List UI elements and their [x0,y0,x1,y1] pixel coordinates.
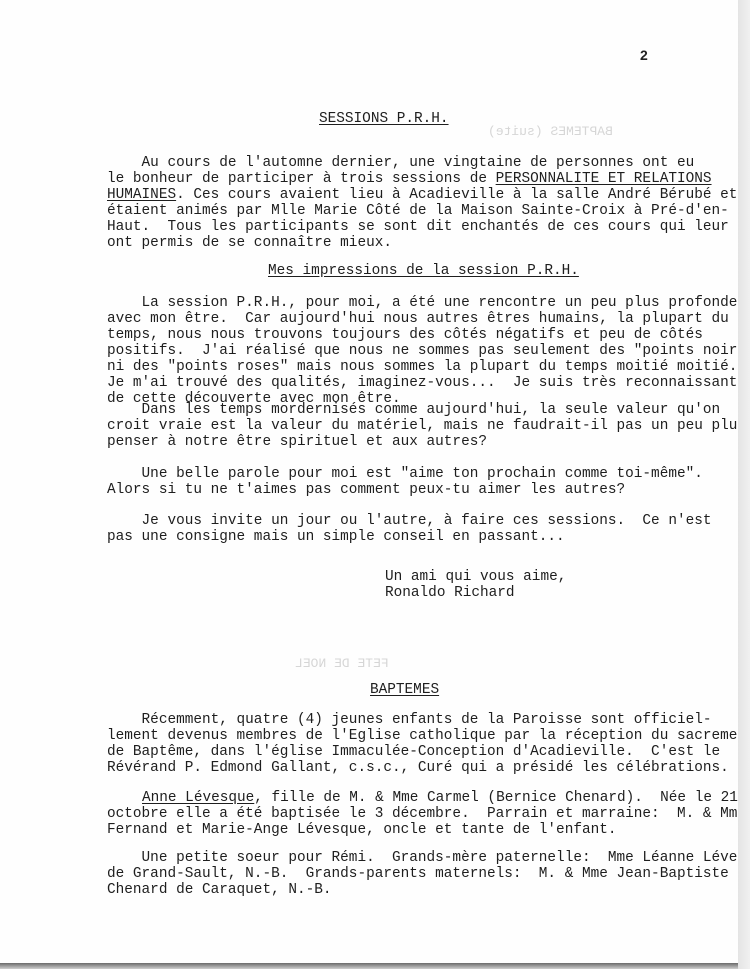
section-title: SESSIONS P.R.H. [319,111,449,127]
emphasis-text: HUMAINES [107,187,176,203]
show-through-heading: FETE DE NOEL [295,656,389,671]
text-line: Une belle parole pour moi est "aime ton … [107,466,703,482]
text-line: positifs. J'ai réalisé que nous ne somme… [107,343,750,359]
document-page: BAPTEMES (suite) FETE DE NOEL 2 SESSIONS… [0,0,738,964]
text-line: HUMAINES. Ces cours avaient lieu à Acadi… [107,187,737,203]
text-span: , fille de M. & Mme Carmel (Bernice Chen… [254,790,738,806]
text-line: de Baptême, dans l'église Immaculée-Conc… [107,744,720,760]
page-edge [0,963,738,969]
text-line: lement devenus membres de l'Eglise catho… [107,728,750,744]
page-number: 2 [640,47,648,63]
signature-closing: Un ami qui vous aime, [385,569,566,585]
text-line: le bonheur de participer à trois session… [107,171,712,187]
page-edge [738,0,750,969]
text-line: penser à notre être spirituel et aux aut… [107,434,487,450]
text-line: La session P.R.H., pour moi, a été une r… [107,295,737,311]
text-line: étaient animés par Mlle Marie Côté de la… [107,203,729,219]
text-line: pas une consigne mais un simple conseil … [107,529,565,545]
text-line: Chenard de Caraquet, N.-B. [107,882,332,898]
signature-name: Ronaldo Richard [385,585,515,601]
text-span: . Ces cours avaient lieu à Acadieville à… [176,187,737,203]
text-line: ont permis de se connaître mieux. [107,235,392,251]
child-name: Anne Lévesque [142,790,254,806]
text-line: Haut. Tous les participants se sont dit … [107,219,729,235]
text-line: de Grand-Sault, N.-B. Grands-parents mat… [107,866,729,882]
text-line: croit vraie est la valeur du matériel, m… [107,418,746,434]
text-line: octobre elle a été baptisée le 3 décembr… [107,806,746,822]
text-line: Anne Lévesque, fille de M. & Mme Carmel … [142,790,738,806]
text-line: Révérand P. Edmond Gallant, c.s.c., Curé… [107,760,729,776]
text-line: Alors si tu ne t'aimes pas comment peux-… [107,482,625,498]
subheading: Mes impressions de la session P.R.H. [268,263,579,279]
text-line: Je m'ai trouvé des qualités, imaginez-vo… [107,375,737,391]
text-line: Je vous invite un jour ou l'autre, à fai… [107,513,712,529]
text-line: Fernand et Marie-Ange Lévesque, oncle et… [107,822,617,838]
text-span: le bonheur de participer à trois session… [107,171,496,187]
section-title: BAPTEMES [370,682,439,698]
emphasis-text: PERSONNALITE ET RELATIONS [496,171,712,187]
text-line: Une petite soeur pour Rémi. Grands-mère … [107,850,750,866]
text-line: Dans les temps mordernisés comme aujourd… [107,402,720,418]
text-line: Récemment, quatre (4) jeunes enfants de … [107,712,712,728]
show-through-heading: BAPTEMES (suite) [488,124,613,139]
text-line: avec mon être. Car aujourd'hui nous autr… [107,311,729,327]
text-line: Au cours de l'automne dernier, une vingt… [107,155,694,171]
text-line: ni des "points roses" mais nous sommes l… [107,359,737,375]
text-line: temps, nous nous trouvons toujours des c… [107,327,703,343]
